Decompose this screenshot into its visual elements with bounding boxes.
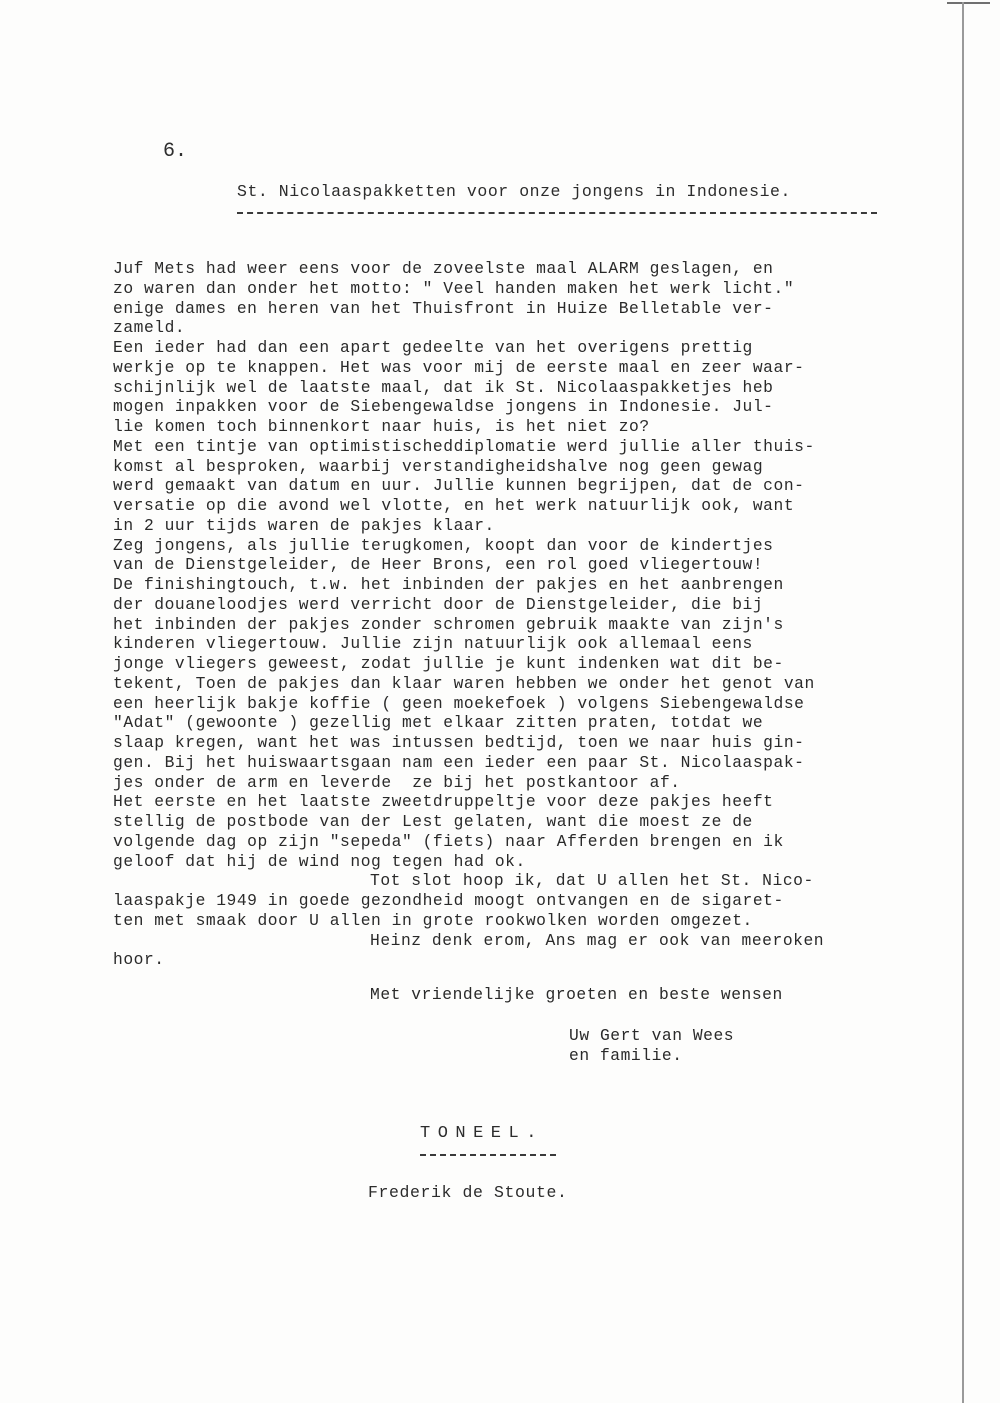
body-line: lie komen toch binnenkort naar huis, is … [113,417,953,437]
body-line: werd gemaakt van datum en uur. Jullie ku… [113,476,953,496]
body-line: "Adat" (gewoonte ) gezellig met elkaar z… [113,713,953,733]
body-line: De finishingtouch, t.w. het inbinden der… [113,575,953,595]
body-line: Juf Mets had weer eens voor de zoveelste… [113,259,953,279]
closing-line: Tot slot hoop ik, dat U allen het St. Ni… [113,871,953,891]
section-underline [420,1154,556,1156]
body-line: enige dames en heren van het Thuisfront … [113,299,953,319]
body-line: zameld. [113,318,953,338]
body-line: geloof dat hij de wind nog tegen had ok. [113,852,953,872]
body-line: kinderen vliegertouw. Jullie zijn natuur… [113,634,953,654]
closing-line: laaspakje 1949 in goede gezondheid moogt… [113,891,953,911]
body-line: tekent, Toen de pakjes dan klaar waren h… [113,674,953,694]
body-line: zo waren dan onder het motto: " Veel han… [113,279,953,299]
body-line: Het eerste en het laatste zweetdruppeltj… [113,792,953,812]
body-line: slaap kregen, want het was intussen bedt… [113,733,953,753]
signature: Uw Gert van Wees en familie. [569,1026,734,1066]
margin-top-rule [947,2,990,4]
document-page: 6. St. Nicolaaspakketten voor onze jonge… [0,0,1000,1403]
body-line: gen. Bij het huiswaartsgaan nam een iede… [113,753,953,773]
closing-line: ten met smaak door U allen in grote rook… [113,911,953,931]
body-line: jes onder de arm en leverde ze bij het p… [113,773,953,793]
title-underline [237,212,877,214]
section-heading: TONEEL. [420,1124,544,1143]
body-line: mogen inpakken voor de Siebengewaldse jo… [113,397,953,417]
body-line: stellig de postbode van der Lest gelaten… [113,812,953,832]
section-subheading: Frederik de Stoute. [368,1183,568,1202]
body-line: in 2 uur tijds waren de pakjes klaar. [113,516,953,536]
body-line: Zeg jongens, als jullie terugkomen, koop… [113,536,953,556]
body-line: volgende dag op zijn "sepeda" (fiets) na… [113,832,953,852]
body-line: een heerlijk bakje koffie ( geen moekefo… [113,694,953,714]
body-line: Een ieder had dan een apart gedeelte van… [113,338,953,358]
article-title: St. Nicolaaspakketten voor onze jongens … [237,182,791,201]
article-body: Juf Mets had weer eens voor de zoveelste… [113,259,953,970]
margin-vertical-rule [962,2,964,1403]
greeting: Met vriendelijke groeten en beste wensen [370,985,783,1004]
body-line: jonge vliegers geweest, zodat jullie je … [113,654,953,674]
body-line: van de Dienstgeleider, de Heer Brons, ee… [113,555,953,575]
body-line: versatie op die avond wel vlotte, en het… [113,496,953,516]
signature-family: en familie. [569,1046,734,1066]
signature-name: Uw Gert van Wees [569,1026,734,1046]
closing-line: hoor. [113,950,953,970]
body-line: der douaneloodjes werd verricht door de … [113,595,953,615]
page-number: 6. [163,140,187,163]
closing-line: Heinz denk erom, Ans mag er ook van meer… [113,931,953,951]
body-line: werkje op te knappen. Het was voor mij d… [113,358,953,378]
body-line: schijnlijk wel de laatste maal, dat ik S… [113,378,953,398]
body-line: het inbinden der pakjes zonder schromen … [113,615,953,635]
body-line: Met een tintje van optimistischeddiploma… [113,437,953,457]
body-line: komst al besproken, waarbij verstandighe… [113,457,953,477]
